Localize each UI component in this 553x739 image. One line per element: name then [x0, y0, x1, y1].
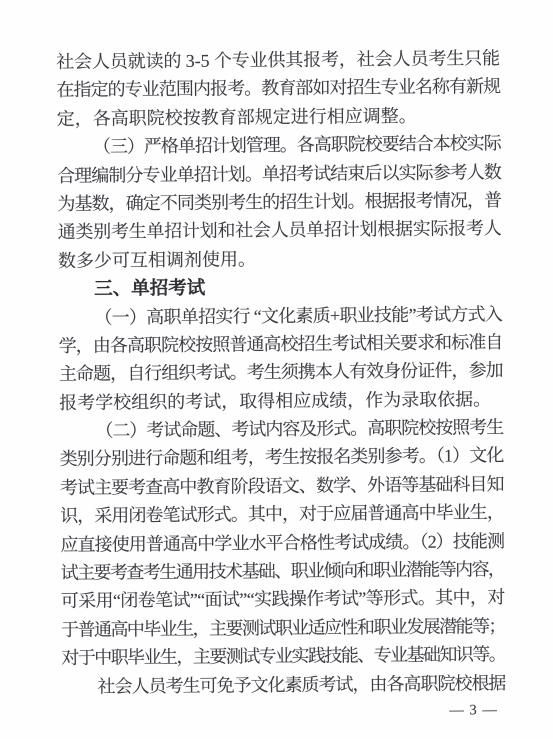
text-line-content: 考试主要考查高中教育阶段语文、数学、外语等基础科目知 [60, 470, 504, 502]
text-line-content: 定，各高职院校按教育部规定进行相应调整。 [57, 102, 417, 134]
text-line-content: 试主要考查考生通用技术基础、职业倾向和职业潜能等内容， [61, 555, 505, 587]
text-line-content: 主命题，自行组织考试。考生须携本人有效身份证件，参加 [59, 356, 503, 388]
text-line: 应直接使用普通高中学业水平合格性考试成绩。（2）技能测 [60, 527, 504, 559]
text-line-content: 于普通高中毕业生，主要测试职业适应性和职业发展潜能等； [61, 612, 505, 644]
text-line: 学，由各高职院校按照普通高校招生考试相关要求和标准自 [59, 328, 503, 360]
text-line-content: 合理编制分专业单招计划。单招考试结束后以实际参考人数 [57, 158, 501, 190]
text-line: 类别分别进行命题和组考，考生按报名类别参考。（1）文化 [60, 442, 504, 474]
document-page: 社会人员就读的 3-5 个专业供其报考，社会人员考生只能在指定的专业范围内报考。… [0, 0, 553, 739]
text-line-content: 社会人员就读的 3-5 个专业供其报考，社会人员考生只能 [56, 44, 500, 76]
document-text-block: 社会人员就读的 3-5 个专业供其报考，社会人员考生只能在指定的专业范围内报考。… [56, 44, 506, 725]
text-line: 社会人员考生可免予文化素质考试，由各高职院校根据 [62, 669, 506, 701]
text-line-content: 类别分别进行命题和组考，考生按报名类别参考。（1）文化 [60, 442, 504, 474]
text-line-content: 对于中职毕业生，主要测试专业实践技能、专业基础知识等。 [61, 640, 505, 672]
page-number: — 3 — [62, 699, 506, 725]
text-line-content: 应直接使用普通高中学业水平合格性考试成绩。（2）技能测 [60, 527, 504, 559]
text-line: 数多少可互相调剂使用。 [58, 243, 502, 275]
text-line-content: 报考学校组织的考试，取得相应成绩，作为录取依据。 [59, 385, 491, 417]
text-line: 识，采用闭卷笔试形式。其中，对于应届普通高中毕业生， [60, 498, 504, 530]
text-line: 考试主要考查高中教育阶段语文、数学、外语等基础科目知 [60, 470, 504, 502]
text-line: 于普通高中毕业生，主要测试职业适应性和职业发展潜能等； [61, 612, 505, 644]
text-line-content: 社会人员考生可免予文化素质考试，由各高职院校根据 [98, 669, 506, 701]
text-line: 主命题，自行组织考试。考生须携本人有效身份证件，参加 [59, 356, 503, 388]
text-line-content: （二）考试命题、考试内容及形式。高职院校按照考生 [95, 413, 503, 445]
text-line: （一）高职单招实行 “文化素质+职业技能”考试方式入 [58, 300, 502, 332]
text-line-content: 数多少可互相调剂使用。 [58, 245, 256, 275]
text-line: 在指定的专业范围内报考。教育部如对招生专业名称有新规 [56, 72, 500, 104]
text-line: 合理编制分专业单招计划。单招考试结束后以实际参考人数 [57, 158, 501, 190]
text-line: 通类别考生单招计划和社会人员单招计划根据实际报考人 [58, 214, 502, 246]
text-line-content: 在指定的专业范围内报考。教育部如对招生专业名称有新规 [56, 72, 500, 104]
text-line: 为基数，确定不同类别考生的招生计划。根据报考情况，普 [57, 186, 501, 218]
text-line: 对于中职毕业生，主要测试专业实践技能、专业基础知识等。 [61, 640, 505, 672]
text-line: （二）考试命题、考试内容及形式。高职院校按照考生 [59, 413, 503, 445]
section-heading: 三、单招考试 [58, 271, 502, 303]
text-line-content: 学，由各高职院校按照普通高校招生考试相关要求和标准自 [59, 328, 503, 360]
text-line: 可采用“闭卷笔试”“面试”“实践操作考试”等形式。其中，对 [61, 583, 505, 615]
text-line: 社会人员就读的 3-5 个专业供其报考，社会人员考生只能 [56, 44, 500, 76]
text-line-content: （一）高职单招实行 “文化素质+职业技能”考试方式入 [94, 300, 502, 332]
text-line: 试主要考查考生通用技术基础、职业倾向和职业潜能等内容， [61, 555, 505, 587]
text-line-content: 通类别考生单招计划和社会人员单招计划根据实际报考人 [58, 214, 502, 246]
text-line: 定，各高职院校按教育部规定进行相应调整。 [57, 101, 501, 133]
text-line-content: 识，采用闭卷笔试形式。其中，对于应届普通高中毕业生， [60, 498, 504, 530]
text-line-content: 可采用“闭卷笔试”“面试”“实践操作考试”等形式。其中，对 [61, 583, 505, 615]
text-line-content: （三）严格单招计划管理。各高职院校要结合本校实际 [93, 129, 501, 161]
text-line: （三）严格单招计划管理。各高职院校要结合本校实际 [57, 129, 501, 161]
text-line-content: 三、单招考试 [94, 274, 205, 303]
text-line: 报考学校组织的考试，取得相应成绩，作为录取依据。 [59, 385, 503, 417]
paragraph-lines: 社会人员就读的 3-5 个专业供其报考，社会人员考生只能在指定的专业范围内报考。… [56, 44, 506, 701]
text-line-content: 为基数，确定不同类别考生的招生计划。根据报考情况，普 [57, 186, 501, 218]
